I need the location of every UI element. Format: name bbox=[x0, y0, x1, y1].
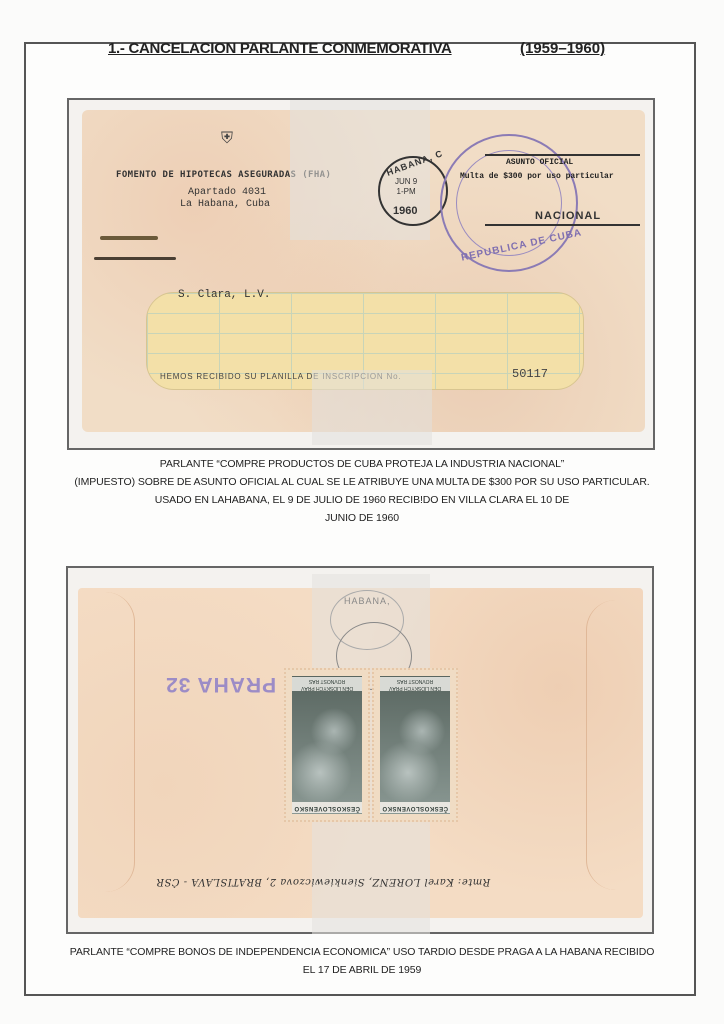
envelope-flap-right bbox=[586, 600, 639, 890]
stamp-country: ČESKOSLOVENSKO bbox=[380, 802, 450, 813]
transit-mark: PRAHA 32 bbox=[165, 672, 276, 696]
slogan-text-bottom: NACIONAL bbox=[535, 210, 601, 222]
coat-of-arms-icon: ⛨ bbox=[218, 128, 236, 150]
postmark-time: 1-PM bbox=[395, 187, 417, 197]
postage-stamp: DEN LIDSKÝCH PRÁV ROVNOST RAS ČESKOSLOVE… bbox=[372, 668, 458, 822]
pen-mark bbox=[100, 236, 158, 240]
page-title-years: (1959–1960) bbox=[520, 40, 605, 57]
postmark-year: 1960 bbox=[393, 205, 417, 217]
stamp-image bbox=[380, 676, 450, 814]
stamp-country: ČESKOSLOVENSKO bbox=[292, 802, 362, 813]
caption1-line1: PARLANTE “COMPRE PRODUCTOS DE CUBA PROTE… bbox=[24, 458, 700, 470]
window-address: S. Clara, L.V. bbox=[178, 289, 270, 301]
window-receipt-number: 50117 bbox=[512, 367, 548, 381]
hinge-tape bbox=[312, 370, 432, 445]
caption2-line2: EL 17 DE ABRIL DE 1959 bbox=[24, 964, 700, 976]
return-address: Rmte: Karel LORENZ, Sienkiewiczova 2, BR… bbox=[156, 876, 490, 887]
caption2-line1: PARLANTE “COMPRE BONOS DE INDEPENDENCIA … bbox=[24, 946, 700, 958]
postmark-date-day: JUN 9 bbox=[395, 177, 417, 187]
stamp-inscription: DEN LIDSKÝCH PRÁV ROVNOST RAS bbox=[380, 677, 450, 691]
slogan-cancel-bar bbox=[485, 224, 640, 226]
official-label: ASUNTO OFICIAL bbox=[506, 158, 573, 167]
cover1-sender-address: Apartado 4031 La Habana, Cuba bbox=[180, 187, 270, 211]
postage-stamp: DEN LIDSKÝCH PRÁV ROVNOST RAS ČESKOSLOVE… bbox=[284, 668, 370, 822]
pen-mark bbox=[94, 257, 176, 260]
fine-note: Multa de $300 por uso particular bbox=[460, 172, 614, 181]
postmark-date: JUN 9 1-PM bbox=[395, 177, 417, 197]
caption1-line3: USADO EN LAHABANA, EL 9 DE JULIO DE 1960… bbox=[24, 494, 700, 506]
page-title: 1.- CANCELACION PARLANTE CONMEMORATIVA bbox=[108, 40, 452, 57]
slogan-cancel-bar bbox=[485, 154, 640, 156]
caption1-line4: JUNIO DE 1960 bbox=[24, 512, 700, 524]
envelope-flap-left bbox=[82, 592, 135, 892]
stamp-image bbox=[292, 676, 362, 814]
caption1-line2: (IMPUESTO) SOBRE DE ASUNTO OFICIAL AL CU… bbox=[24, 476, 700, 488]
sender-address-line2: La Habana, Cuba bbox=[180, 199, 270, 211]
arrival-postmark-city: HABANA, bbox=[344, 596, 391, 606]
stamp-inscription: DEN LIDSKÝCH PRÁV ROVNOST RAS bbox=[292, 677, 362, 691]
sender-address-line1: Apartado 4031 bbox=[180, 187, 270, 199]
